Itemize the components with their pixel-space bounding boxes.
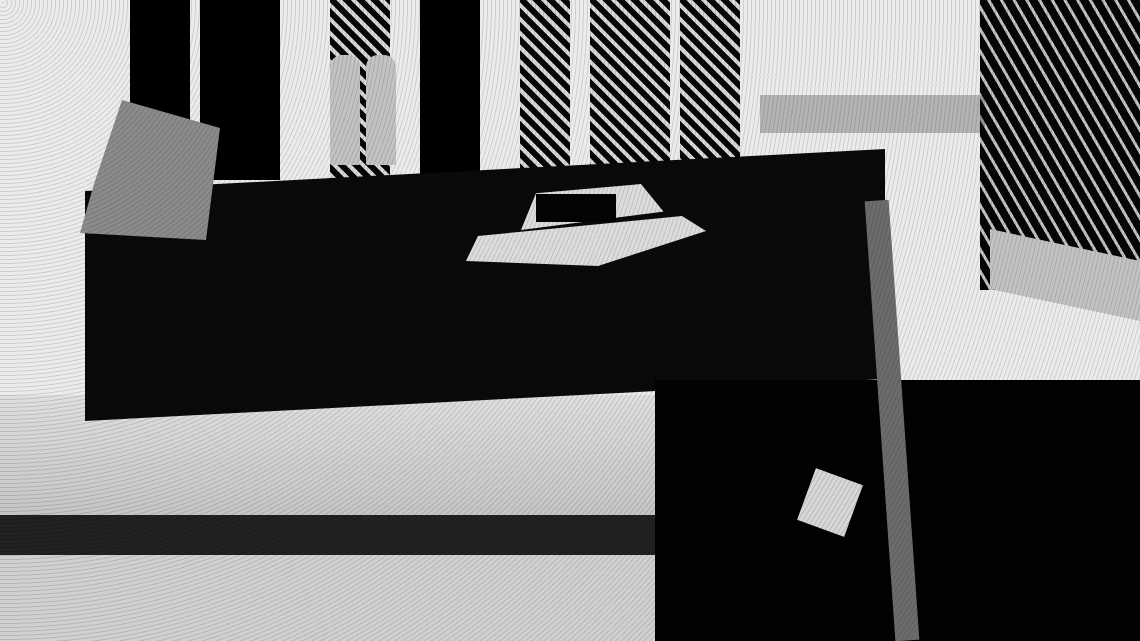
faint-overlay-box	[760, 95, 985, 133]
person	[366, 55, 396, 165]
car-body	[466, 216, 706, 266]
people-on-bridge	[330, 55, 400, 165]
river-foreground	[0, 555, 670, 641]
car-window	[536, 194, 616, 222]
newspaper-photo	[0, 0, 1140, 641]
far-shoreline	[0, 515, 670, 560]
bridge-girder	[420, 0, 480, 180]
car	[466, 178, 706, 270]
person	[330, 55, 360, 165]
